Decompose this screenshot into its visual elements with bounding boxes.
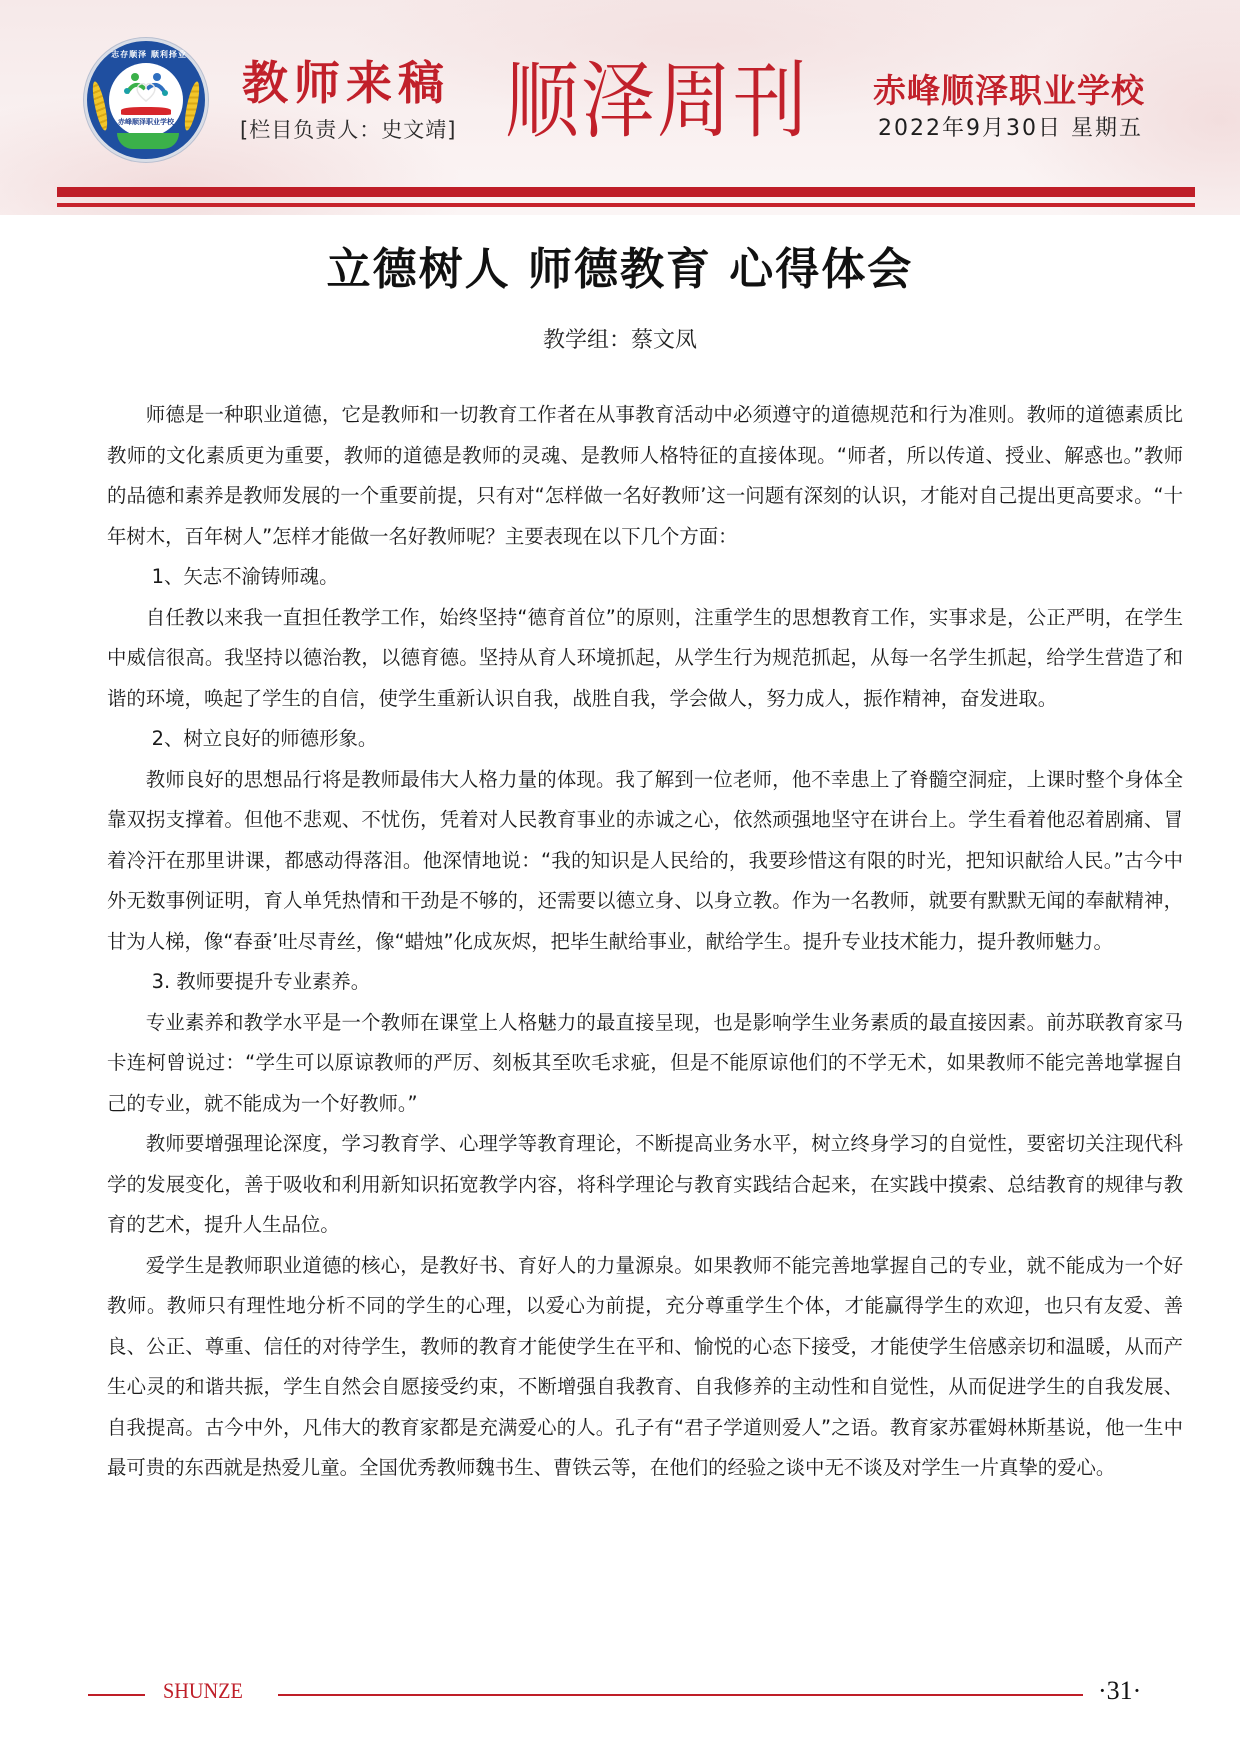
logo-motto: 志存顺泽 顺利择业 [87,49,211,60]
people-figures-icon [121,71,171,107]
article-body: 师德是一种职业道德，它是教师和一切教育工作者在从事教育活动中必须遵守的道德规范和… [107,395,1183,1489]
hands-icon [117,133,179,149]
article-byline: 教学组：蔡文凤 [0,330,1240,352]
logo-center: 赤峰顺泽职业学校 [109,63,183,137]
open-book-icon [121,107,171,115]
school-emblem-icon: 志存顺泽 顺利择业 赤峰顺泽职业学校 [84,38,208,162]
column-title: 教师来稿 [242,60,450,106]
paragraph-intro: 师德是一种职业道德，它是教师和一切教育工作者在从事教育活动中必须遵守的道德规范和… [107,395,1183,557]
footer-brand: SHUNZE [163,1680,243,1702]
header-rule-thick [57,187,1195,197]
footer-rule-left [88,1694,145,1696]
paragraph: 爱学生是教师职业道德的核心，是教好书、育好人的力量源泉。如果教师不能完善地掌握自… [107,1246,1183,1489]
footer-rule-main [278,1694,1083,1696]
paragraph: 专业素养和教学水平是一个教师在课堂上人格魅力的最直接呈现，也是影响学生业务素质的… [107,1003,1183,1125]
wheat-left-icon [90,81,110,132]
wheat-right-icon [182,81,202,132]
publication-title: 顺泽周刊 [505,60,809,143]
section-heading-1: 1、矢志不渝铸师魂。 [107,557,1183,598]
paragraph: 教师要增强理论深度，学习教育学、心理学等教育理论，不断提高业务水平，树立终身学习… [107,1124,1183,1246]
masthead: 志存顺泽 顺利择业 赤峰顺泽职业学校 教师来稿 [栏目负责人：史文靖] 顺泽周刊… [0,0,1240,215]
header-rule-thin [57,203,1195,207]
column-editor: [栏目负责人：史文靖] [240,120,456,141]
section-heading-3: 3. 教师要提升专业素养。 [107,962,1183,1003]
page-number: ·31· [1098,1678,1141,1704]
section-heading-2: 2、树立良好的师德形象。 [107,719,1183,760]
article-title: 立德树人 师德教育 心得体会 [0,248,1240,292]
paragraph: 教师良好的思想品行将是教师最伟大人格力量的体现。我了解到一位老师，他不幸患上了脊… [107,760,1183,963]
issue-date: 2022年9月30日 星期五 [878,118,1143,140]
school-name: 赤峰顺泽职业学校 [873,74,1145,107]
logo-school-name: 赤峰顺泽职业学校 [111,117,181,127]
paragraph: 自任教以来我一直担任教学工作，始终坚持“德育首位”的原则，注重学生的思想教育工作… [107,598,1183,720]
